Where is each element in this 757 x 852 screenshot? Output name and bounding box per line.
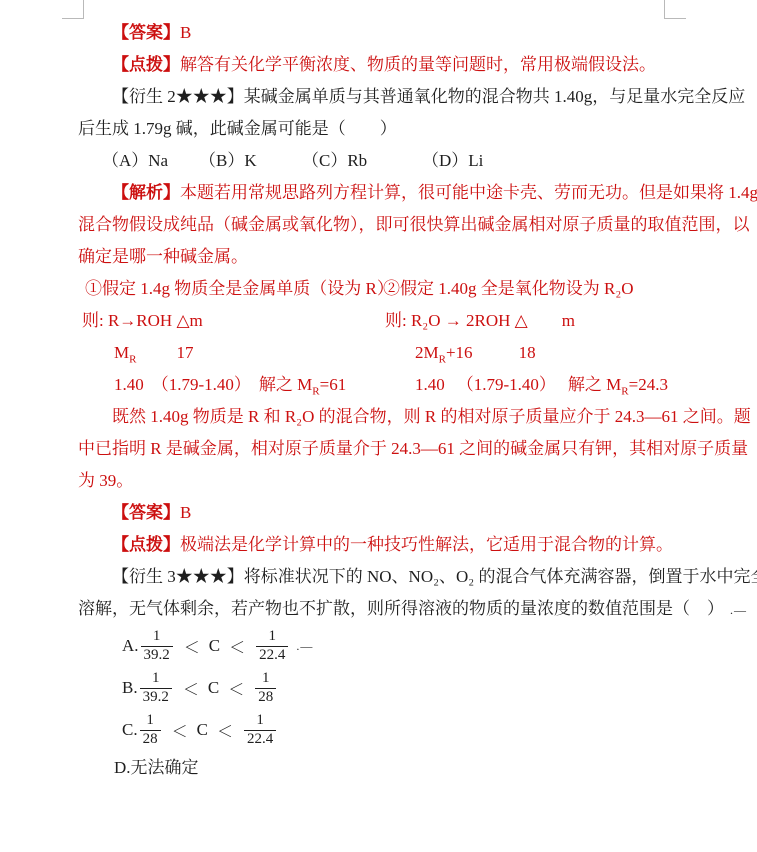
problem3-stem-anchor-mark: .— (730, 603, 747, 617)
less-than-sign: ＜ (228, 677, 244, 700)
problem2-stem1: 某碱金属单质与其普通氧化物的混合物共 1.40g，与足量水完全反应 (244, 87, 746, 106)
conclusion-text1: 既然 1.40g 物质是 R 和 R₂O 的混合物，则 R 的相对原子质量应介于… (112, 407, 751, 426)
conclusion-line2: 中已指明 R 是碱金属，相对原子质量介于 24.3—61 之间的碱金属只有钾，其… (78, 433, 688, 465)
case1-text: ①假定 1.4g 物质全是金属单质（设为 R） (85, 279, 394, 298)
problem3-stem1: 将标准状况下的 NO、NO₂、O₂ 的混合气体充满容器，倒置于水中完全 (244, 567, 757, 586)
eq-left-mr: MR (114, 343, 136, 362)
concentration-variable: C (197, 720, 208, 740)
equation-row-2: MR17 2MR+1618 (78, 337, 688, 369)
eq-left-solve-subscript: R (312, 385, 319, 397)
eq-left-solve: 解之 MR=61 (259, 375, 346, 394)
fraction-numerator: 1 (244, 712, 276, 729)
option-c-label: C. (122, 720, 138, 740)
eq-left-m: M (114, 343, 129, 362)
problem3-stem-line1: 【衍生 3★★★】将标准状况下的 NO、NO₂、O₂ 的混合气体充满容器，倒置于… (78, 561, 688, 593)
less-than-sign: ＜ (172, 719, 188, 742)
eq-right-solve: 解之 MR=24.3 (568, 375, 668, 394)
option-b-fraction-2: 128 (255, 670, 276, 706)
conclusion-line3: 为 39。 (78, 465, 688, 497)
option-b-label: B. (122, 678, 138, 698)
eq-left-m-subscript: R (129, 353, 136, 365)
fraction-denominator: 22.4 (256, 646, 288, 664)
option-a-label: A. (122, 636, 139, 656)
problem3-stem-line2: 溶解，无气体剩余，若产物也不扩散，则所得溶液的物质的量浓度的数值范围是（ ）.— (78, 593, 688, 625)
eq-left-line1: 则: R→ROH △m (82, 311, 203, 330)
problem2-option-d: （D）Li (422, 151, 483, 170)
answer-value-1: B (180, 23, 191, 42)
option-a-fraction-2: 122.4 (256, 628, 288, 664)
answer-label-2: 【答案】 (112, 503, 180, 522)
equation-row-3: 1.40（1.79-1.40）解之 MR=61 1.40（1.79-1.40）解… (78, 369, 688, 401)
option-d-label: D. (114, 758, 131, 777)
eq-right-line1: 则: R₂O → 2ROH △m (385, 305, 575, 337)
answer-value-2: B (180, 503, 191, 522)
equation-row-1: 则: R→ROH △m 则: R₂O → 2ROH △m (78, 305, 688, 337)
eq-right-18: 18 (519, 343, 536, 362)
tip-text-2: 极端法是化学计算中的一种技巧性解法，它适用于混合物的计算。 (180, 535, 673, 554)
fraction-denominator: 39.2 (140, 688, 172, 706)
conclusion-line1: 既然 1.40g 物质是 R 和 R₂O 的混合物，则 R 的相对原子质量应介于… (78, 401, 688, 433)
problem3-option-a: A.139.2＜C＜122.4.— (78, 625, 688, 667)
fraction-denominator: 28 (140, 730, 161, 748)
eq-right-solve-subscript: R (621, 385, 628, 397)
analysis-text2: 混合物假设成纯品（碱金属或氧化物），即可很快算出碱金属相对原子质量的取值范围，以 (78, 215, 750, 234)
eq-right-formula: 则: R₂O → 2ROH △ (385, 311, 528, 330)
problem2-options: （A）Na（B）K（C）Rb（D）Li (78, 145, 688, 177)
problem3-stem2: 溶解，无气体剩余，若产物也不扩散，则所得溶液的物质的量浓度的数值范围是（ ） (78, 599, 724, 618)
conclusion-text3: 为 39。 (78, 471, 133, 490)
eq-left-result: =61 (320, 375, 347, 394)
problem3-option-c: C.128＜C＜122.4 (78, 709, 688, 751)
case2-text: ②假定 1.40g 全是氧化物设为 R₂O (383, 273, 634, 305)
analysis-line3: 确定是哪一种碱金属。 (78, 241, 688, 273)
tip-label-2: 【点拨】 (112, 535, 180, 554)
less-than-sign: ＜ (183, 677, 199, 700)
tip-block-1: 【点拨】解答有关化学平衡浓度、物质的量等问题时，常用极端假设法。 (78, 49, 688, 81)
problem2-option-b: （B）K (199, 145, 302, 177)
option-b-fraction-1: 139.2 (140, 670, 172, 706)
analysis-label: 【解析】 (112, 183, 180, 202)
eq-right-140: 1.40 (415, 375, 445, 394)
problem2-stem2: 后生成 1.79g 碱，此碱金属可能是（ ） (78, 119, 397, 138)
eq-right-diff: （1.79-1.40） (457, 375, 556, 394)
eq-left-17: 17 (176, 343, 193, 362)
tip-text-1: 解答有关化学平衡浓度、物质的量等问题时，常用极端假设法。 (180, 55, 656, 74)
eq-right-m-subscript: R (439, 353, 446, 365)
less-than-sign: ＜ (229, 635, 245, 658)
fraction-denominator: 39.2 (141, 646, 173, 664)
problem2-stem-line2: 后生成 1.79g 碱，此碱金属可能是（ ） (78, 113, 688, 145)
problem3-label: 【衍生 3★★★】 (112, 567, 244, 586)
concentration-variable: C (209, 636, 220, 656)
problem3-option-b: B.139.2＜C＜128 (78, 667, 688, 709)
analysis-text1: 本题若用常规思路列方程计算，很可能中途卡壳、劳而无功。但是如果将 1.4g (180, 183, 757, 202)
tip-block-2: 【点拨】极端法是化学计算中的一种技巧性解法，它适用于混合物的计算。 (78, 529, 688, 561)
problem3-option-d: D.无法确定 (78, 751, 688, 785)
option-c-fraction-2: 122.4 (244, 712, 276, 748)
fraction-numerator: 1 (140, 712, 161, 729)
eq-right-2m: 2M (415, 343, 439, 362)
option-a-anchor-mark: .— (296, 639, 313, 654)
concentration-variable: C (208, 678, 219, 698)
eq-left-diff: （1.79-1.40） (152, 375, 251, 394)
less-than-sign: ＜ (217, 719, 233, 742)
eq-right-delta-m: m (562, 311, 575, 330)
document-page: 【答案】B 【点拨】解答有关化学平衡浓度、物质的量等问题时，常用极端假设法。 【… (0, 0, 757, 852)
answer-block-2: 【答案】B (78, 497, 688, 529)
eq-right-plus16: +16 (446, 343, 473, 362)
analysis-cases: ①假定 1.4g 物质全是金属单质（设为 R） ②假定 1.40g 全是氧化物设… (78, 273, 688, 305)
less-than-sign: ＜ (184, 635, 200, 658)
analysis-text3: 确定是哪一种碱金属。 (78, 247, 248, 266)
document-content: 【答案】B 【点拨】解答有关化学平衡浓度、物质的量等问题时，常用极端假设法。 【… (78, 17, 688, 785)
problem2-option-a: （A）Na (102, 145, 199, 177)
eq-right-result: =24.3 (629, 375, 668, 394)
eq-left-solve-text: 解之 M (259, 375, 312, 394)
fraction-numerator: 1 (141, 628, 173, 645)
option-a-fraction-1: 139.2 (141, 628, 173, 664)
problem2-option-c: （C）Rb (302, 145, 422, 177)
eq-left-140: 1.40 (114, 375, 144, 394)
fraction-numerator: 1 (255, 670, 276, 687)
fraction-numerator: 1 (256, 628, 288, 645)
tip-label-1: 【点拨】 (112, 55, 180, 74)
eq-right-solve-text: 解之 M (568, 375, 621, 394)
answer-block-1: 【答案】B (78, 17, 688, 49)
fraction-numerator: 1 (140, 670, 172, 687)
conclusion-text2: 中已指明 R 是碱金属，相对原子质量介于 24.3—61 之间的碱金属只有钾，其… (78, 439, 748, 458)
analysis-line1: 【解析】本题若用常规思路列方程计算，很可能中途卡壳、劳而无功。但是如果将 1.4… (78, 177, 688, 209)
fraction-denominator: 22.4 (244, 730, 276, 748)
problem2-label: 【衍生 2★★★】 (112, 87, 244, 106)
option-d-text: 无法确定 (131, 758, 199, 777)
fraction-denominator: 28 (255, 688, 276, 706)
option-c-fraction-1: 128 (140, 712, 161, 748)
answer-label-1: 【答案】 (112, 23, 180, 42)
analysis-line2: 混合物假设成纯品（碱金属或氧化物），即可很快算出碱金属相对原子质量的取值范围，以 (78, 209, 688, 241)
problem2-stem-line1: 【衍生 2★★★】某碱金属单质与其普通氧化物的混合物共 1.40g，与足量水完全… (78, 81, 688, 113)
